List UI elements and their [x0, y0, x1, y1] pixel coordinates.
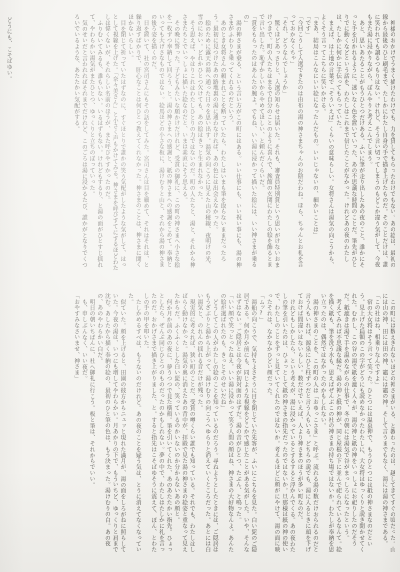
- paragraph: 「今回こうして入選できたのは由布の湯の神さまちゃんのお陰だわね。ほら、ちゃんとお…: [287, 14, 302, 272]
- paragraph: 「まあ、結局はこんなにいい絵になったんだもの。いいじゃないの、細かいことは」: [310, 14, 318, 272]
- paragraph: 湯の神さまのことを、この町の人は「おゆっこさま」と呼ぶ。流れる湯の数だけおられる…: [295, 293, 318, 557]
- paragraph: 「ムッ?」: [256, 293, 264, 557]
- book-page: 神様のおかげでうまく描けたわけでも、力を貸してもらったわけでもない。あの絵は、最…: [0, 0, 400, 572]
- paragraph: 気のせいだと言われればそれまでだけれど、このごろは湯に浸かるたび、誰かがとなりで…: [71, 14, 86, 272]
- paragraph: 目を閉じて祈っていたはずなのに、すぐほとりで誰かの笑う気配がしたような気がして、…: [102, 14, 125, 272]
- paragraph: 絵のために露天の湯へ通った日々を思い出す。湯気の向こうに見えた山の稜線、夜明けの…: [195, 14, 210, 272]
- paragraph: 日を置いて、社の宮司さんにもその話をしてみた。宮司さんは目を細めて、それはそれは…: [125, 14, 148, 272]
- paragraph: 「です」: [303, 14, 311, 272]
- paragraph: 神様のおかげでうまく描けたわけでも、力を貸してもらったわけでもない。あの絵は、最…: [364, 14, 395, 272]
- paragraph: 似ていた。顔を上げると、田園の彼方からニュッと現れた満月が、湯の面をしろがねに照…: [95, 293, 126, 557]
- paragraph: この町には数えきれないほどの神さまがいる、と教わったのは、越してきてすぐの頃だっ…: [380, 293, 395, 557]
- paragraph: そう思えば、やはりこれはわたしひとりの力ではないのだ。町の人たちと、湯と、それか…: [179, 14, 194, 272]
- paragraph: 「賞をもらったのはあんたの腕よ。でもね、いい湯に浸かって描いた絵には、いい神さま…: [241, 14, 256, 272]
- paragraph: 「それ、どうなんでしょうか」: [279, 14, 287, 272]
- paragraph: 「おやすみなさいませ、神さま」: [71, 293, 79, 557]
- paragraph: 考えてみれば不思議な縁だ。湯の神と紙の神が、同じ屋根の下に並んで祀られているなん…: [318, 293, 341, 557]
- paragraph: 湯の神さまが乗る、という言い方がこの町にはある。いい仕事にも、いい祝い事にも、湯…: [226, 14, 241, 272]
- paragraph: 何か月か前のあの夜に、夢うつつで見た横顔。筆を引いてくれた、あのあたたかい指先。…: [141, 293, 172, 557]
- paragraph: けれどもしかしたら、という考えが、湯に浸かっているとするすると浮かんでくる。あの…: [264, 293, 295, 557]
- paragraph: まえば、は土地の言葉で「そういえば」くらいの意味らしい。女将さんは湯気の向こうか…: [318, 14, 333, 272]
- paragraph: あと、思いあたることがもうひとつだけある。ふいに筆が走り出したあの夜のこと。誰か…: [333, 14, 364, 272]
- paragraph: 現実的に考えれば、狭い町のことだ、受賞の噂くらい誰でも知っている。それでも、わた…: [172, 293, 195, 557]
- paragraph: 宿の大女将はそう言って笑った。ひとつには温泉神で、もうひとつには紙の神さまなのだ…: [341, 293, 372, 557]
- text-block-upper: 神様のおかげでうまく描けたわけでも、力を貸してもらったわけでもない。あの絵は、最…: [71, 14, 395, 272]
- paragraph: どうしてこの人がわたしの絵のことを知っているのだろう。尋ねようとしたときには、ご…: [195, 293, 218, 557]
- paragraph: 「この社はね、相乗りなんですよ」: [372, 293, 380, 557]
- paragraph: 明日の朝いちばんに、社へ御礼に行こう。板と筆は、それからでいい。: [87, 293, 95, 557]
- text-block-lower: この町には数えきれないほどの神さまがいる、と教わったのは、越してきてすぐの頃だっ…: [71, 293, 395, 557]
- paragraph: 湯船の向こうで、気持ちよさそうに目を閉じていた先客が、ふいにこちらを見た。白い髭…: [233, 293, 256, 557]
- paragraph: あのとき女将さんの頼まれごとを断っていたら、わたしはいまも筆を取らないままだった…: [210, 14, 225, 272]
- paragraph: も、申しぶんなく、いい夜だ。: [79, 293, 87, 557]
- paragraph: ふりむいてみるも、誰もいない。いるはずもない。けれどもするり、と湯の面がひとすじ…: [87, 14, 102, 272]
- margin-note-column: どうにも、こそばゆい。: [4, 17, 12, 87]
- paragraph: その晩に誓った。子どもみたいな願かけだけれど、受賞の御礼に、この町の神さまへ小さ…: [149, 14, 180, 272]
- paragraph: たしかめるすべは、もうないのだけれど。あの夜のことを疑う気は、とうに消えてなくな…: [125, 293, 140, 557]
- paragraph: 驚くほどあっさりと、入選の知らせは届いた。それも、審査員特別賞という思いがけない…: [256, 14, 279, 272]
- paragraph: 「いい顔で笑っとったねえ。いい湯に浸かって笑う人間の顔はね、神さまの大好物なんよ…: [218, 293, 233, 557]
